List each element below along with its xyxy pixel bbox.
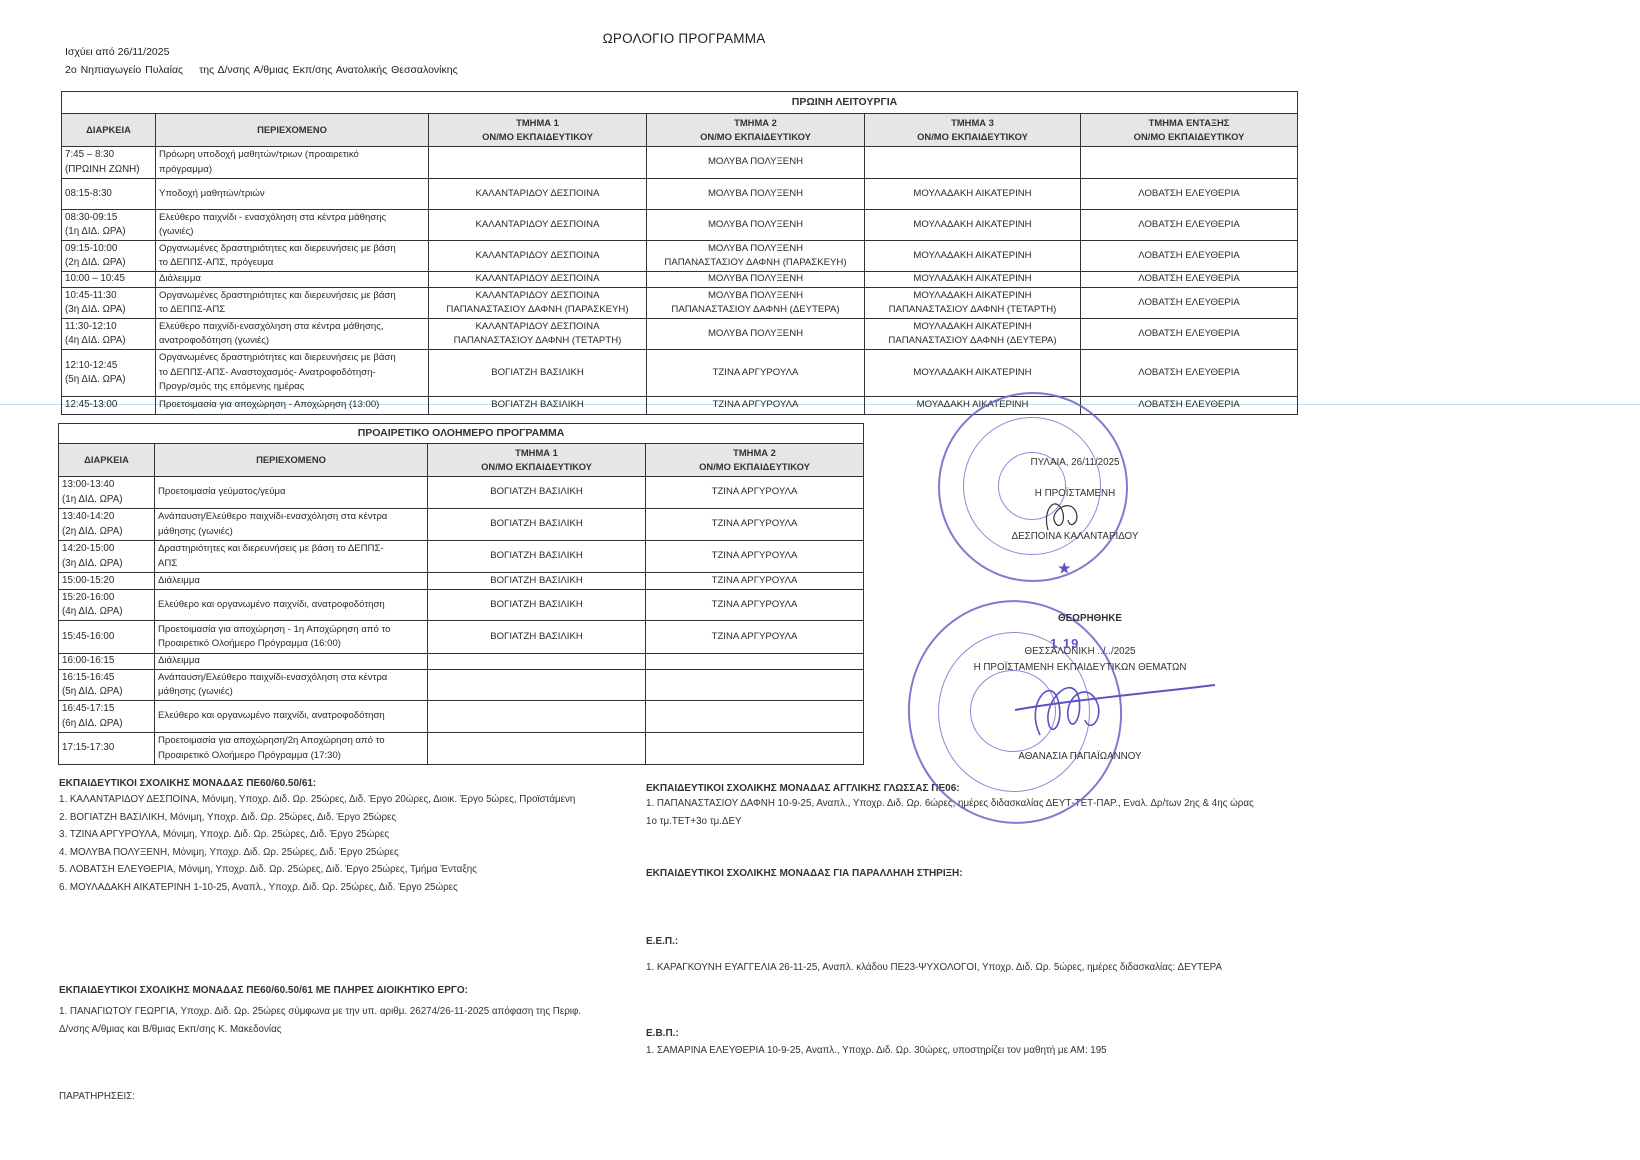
cell-line: ΒΟΓΙΑΤΖΗ ΒΑΣΙΛΙΚΗ (432, 398, 643, 413)
content-cell: Ανάπαυση/Ελεύθερο παιχνίδι-ενασχόληση στ… (155, 670, 428, 701)
content-cell: Ελεύθερο και οργανωμένο παιχνίδι, ανατρο… (155, 590, 428, 621)
cell-line: (1η ΔΙΔ. ΩΡΑ) (65, 225, 152, 240)
teacher-cell: ΤΖΙΝΑ ΑΡΓΥΡΟΥΛΑ (646, 573, 864, 590)
content-cell: Διάλειμμα (155, 573, 428, 590)
teacher-cell: ΤΖΙΝΑ ΑΡΓΥΡΟΥΛΑ (647, 397, 865, 415)
content-cell: Ελεύθερο και οργανωμένο παιχνίδι, ανατρο… (155, 701, 428, 733)
review-signature-icon (1010, 665, 1220, 745)
schedule-row: 7:45 – 8:30(ΠΡΩΙΝΗ ΖΩΝΗ)Πρόωρη υποδοχή μ… (62, 147, 1298, 179)
teacher-cell: ΛΟΒΑΤΣΗ ΕΛΕΥΘΕΡΙΑ (1081, 350, 1298, 397)
cell-line: 14:20-15:00 (62, 542, 151, 557)
cell-line: ΚΑΛΑΝΤΑΡΙΔΟΥ ΔΕΣΠΟΙΝΑ (432, 289, 643, 304)
cell-line: πρόγραμμα) (159, 163, 425, 178)
teacher-cell: ΛΟΒΑΤΣΗ ΕΛΕΥΘΕΡΙΑ (1081, 272, 1298, 288)
cell-line: ΑΠΣ (158, 557, 424, 572)
column-header: ΤΜΗΜΑ 3ΟΝ/ΜΟ ΕΚΠΑΙΔΕΥΤΙΚΟΥ (865, 114, 1081, 147)
time-cell: 16:00-16:15 (59, 654, 155, 670)
teacher-cell: ΚΑΛΑΝΤΑΡΙΔΟΥ ΔΕΣΠΟΙΝΑ (429, 241, 647, 272)
time-cell: 13:40-14:20(2η ΔΙΔ. ΩΡΑ) (59, 509, 155, 541)
parallel-support-title: ΕΚΠΑΙΔΕΥΤΙΚΟΙ ΣΧΟΛΙΚΗΣ ΜΟΝΑΔΑΣ ΓΙΑ ΠΑΡΑΛ… (646, 868, 963, 879)
schedule-row: 11:30-12:10(4η ΔΙΔ. ΩΡΑ)Ελεύθερο παιχνίδ… (62, 319, 1298, 350)
teacher-cell (428, 733, 646, 765)
content-cell: Προετοιμασία για αποχώρηση/2η Αποχώρηση … (155, 733, 428, 765)
cell-line: ΒΟΓΙΑΤΖΗ ΒΑΣΙΛΙΚΗ (432, 366, 643, 381)
schedule-row: 08:30-09:15(1η ΔΙΔ. ΩΡΑ)Ελεύθερο παιχνίδ… (62, 210, 1298, 241)
cell-line: μάθησης (γωνιές) (158, 525, 424, 540)
teacher-cell: ΒΟΓΙΑΤΖΗ ΒΑΣΙΛΙΚΗ (428, 573, 646, 590)
cell-line: ΠΑΠΑΝΑΣΤΑΣΙΟΥ ΔΑΦΝΗ (ΠΑΡΑΣΚΕΥΗ) (432, 303, 643, 318)
cell-line: 17:15-17:30 (62, 741, 151, 756)
list-item: 4. ΜΟΛΥΒΑ ΠΟΛΥΞΕΝΗ, Μόνιμη, Υποχρ. Διδ. … (59, 844, 659, 862)
schedule-row: 12:45-13:00Προετοιμασία για αποχώρηση - … (62, 397, 1298, 415)
cell-line: (4η ΔΙΔ. ΩΡΑ) (65, 334, 152, 349)
stamp-star-icon: ★ (1058, 560, 1072, 577)
list-item: Δ/νσης Α/θμιας και Β/θμιας Εκπ/σης Κ. Μα… (59, 1021, 659, 1039)
handwritten-date: 1 19 (1050, 636, 1079, 651)
schedule-row: 16:15-16:45(5η ΔΙΔ. ΩΡΑ)Ανάπαυση/Ελεύθερ… (59, 670, 864, 701)
column-header: ΤΜΗΜΑ 1ΟΝ/ΜΟ ΕΚΠΑΙΔΕΥΤΙΚΟΥ (428, 444, 646, 477)
ebp-section: Ε.Β.Π.: 1. ΣΑΜΑΡΙΝΑ ΕΛΕΥΘΕΡΙΑ 10-9-25, Α… (646, 1028, 1306, 1060)
cell-line: ΒΟΓΙΑΤΖΗ ΒΑΣΙΛΙΚΗ (431, 517, 642, 532)
cell-line: 12:10-12:45 (65, 359, 152, 374)
cell-line: μάθησης (γωνιές) (158, 685, 424, 700)
cell-line: ΛΟΒΑΤΣΗ ΕΛΕΥΘΕΡΙΑ (1084, 398, 1294, 413)
column-header: ΠΕΡΙΕΧΟΜΕΝΟ (155, 444, 428, 477)
allday-section-title: ΠΡΟΑΙΡΕΤΙΚΟ ΟΛΟΗΜΕΡΟ ΠΡΟΓΡΑΜΜΑ (59, 424, 864, 444)
cell-line: ΛΟΒΑΤΣΗ ΕΛΕΥΘΕΡΙΑ (1084, 296, 1294, 311)
cell-line: (2η ΔΙΔ. ΩΡΑ) (65, 256, 152, 271)
cell-line: ΜΟΛΥΒΑ ΠΟΛΥΞΕΝΗ (650, 218, 861, 233)
cell-line: ΠΑΠΑΝΑΣΤΑΣΙΟΥ ΔΑΦΝΗ (ΔΕΥΤΕΡΑ) (650, 303, 861, 318)
content-cell: Δραστηριότητες και διερευνήσεις με βάση … (155, 541, 428, 573)
teacher-cell (646, 654, 864, 670)
cell-line: 10:00 – 10:45 (65, 272, 152, 287)
schedule-row: 14:20-15:00(3η ΔΙΔ. ΩΡΑ)Δραστηριότητες κ… (59, 541, 864, 573)
review-label: ΘΕΩΡΗΘΗΚΕ (1000, 613, 1180, 624)
cell-line: ΜΟΥΛΑΔΑΚΗ ΑΙΚΑΤΕΡΙΝΗ (868, 289, 1077, 304)
cell-line: 16:00-16:15 (62, 654, 151, 669)
cell-line: 16:15-16:45 (62, 671, 151, 686)
cell-line: 12:45-13:00 (65, 398, 152, 413)
content-cell: Ανάπαυση/Ελεύθερο παιχνίδι-ενασχόληση στ… (155, 509, 428, 541)
teacher-cell (865, 147, 1081, 179)
cell-line: 10:45-11:30 (65, 289, 152, 304)
morning-header-row: ΔΙΑΡΚΕΙΑΠΕΡΙΕΧΟΜΕΝΟΤΜΗΜΑ 1ΟΝ/ΜΟ ΕΚΠΑΙΔΕΥ… (62, 114, 1298, 147)
time-cell: 14:20-15:00(3η ΔΙΔ. ΩΡΑ) (59, 541, 155, 573)
teacher-cell: ΜΟΛΥΒΑ ΠΟΛΥΞΕΝΗ (647, 147, 865, 179)
list-item: 6. ΜΟΥΛΑΔΑΚΗ ΑΙΚΑΤΕΡΙΝΗ 1-10-25, Αναπλ.,… (59, 879, 659, 897)
list-item: 1. ΠΑΝΑΓΙΩΤΟΥ ΓΕΩΡΓΙΑ, Υποχρ. Διδ. Ωρ. 2… (59, 1003, 659, 1021)
cell-line: ΠΑΠΑΝΑΣΤΑΣΙΟΥ ΔΑΦΝΗ (ΤΕΤΑΡΤΗ) (868, 303, 1077, 318)
cell-line: ΤΖΙΝΑ ΑΡΓΥΡΟΥΛΑ (649, 598, 860, 613)
list-item: 1. ΣΑΜΑΡΙΝΑ ΕΛΕΥΘΕΡΙΑ 10-9-25, Αναπλ., Υ… (646, 1042, 1306, 1060)
time-cell: 11:30-12:10(4η ΔΙΔ. ΩΡΑ) (62, 319, 156, 350)
teacher-cell (428, 701, 646, 733)
column-header: ΤΜΗΜΑ 2ΟΝ/ΜΟ ΕΚΠΑΙΔΕΥΤΙΚΟΥ (647, 114, 865, 147)
cell-line: ΒΟΓΙΑΤΖΗ ΒΑΣΙΛΙΚΗ (431, 485, 642, 500)
review-place-date: ΘΕΣΣΑΛΟΝΙΚΗ ../../2025 (990, 646, 1170, 657)
teacher-cell: ΛΟΒΑΤΣΗ ΕΛΕΥΘΕΡΙΑ (1081, 288, 1298, 319)
time-cell: 15:00-15:20 (59, 573, 155, 590)
cell-line: ΛΟΒΑΤΣΗ ΕΛΕΥΘΕΡΙΑ (1084, 327, 1294, 342)
time-cell: 17:15-17:30 (59, 733, 155, 765)
schedule-row: 17:15-17:30Προετοιμασία για αποχώρηση/2η… (59, 733, 864, 765)
schedule-row: 13:40-14:20(2η ΔΙΔ. ΩΡΑ)Ανάπαυση/Ελεύθερ… (59, 509, 864, 541)
teacher-cell: ΛΟΒΑΤΣΗ ΕΛΕΥΘΕΡΙΑ (1081, 319, 1298, 350)
schedule-row: 15:45-16:00Προετοιμασία για αποχώρηση - … (59, 621, 864, 654)
list-item: 1. ΚΑΛΑΝΤΑΡΙΔΟΥ ΔΕΣΠΟΙΝΑ, Μόνιμη, Υποχρ.… (59, 791, 659, 809)
teacher-cell: ΛΟΒΑΤΣΗ ΕΛΕΥΘΕΡΙΑ (1081, 241, 1298, 272)
teacher-cell: ΜΟΥΛΑΔΑΚΗ ΑΙΚΑΤΕΡΙΝΗ (865, 272, 1081, 288)
cell-line: ΜΟΥΛΑΔΑΚΗ ΑΙΚΑΤΕΡΙΝΗ (868, 366, 1077, 381)
cell-line: (1η ΔΙΔ. ΩΡΑ) (62, 493, 151, 508)
cell-line: ΤΖΙΝΑ ΑΡΓΥΡΟΥΛΑ (649, 485, 860, 500)
eep-title: Ε.Ε.Π.: (646, 936, 1306, 947)
cell-line: Ελεύθερο και οργανωμένο παιχνίδι, ανατρο… (158, 598, 424, 613)
teachers-admin-title: ΕΚΠΑΙΔΕΥΤΙΚΟΙ ΣΧΟΛΙΚΗΣ ΜΟΝΑΔΑΣ ΠΕ60/60.5… (59, 985, 659, 996)
time-cell: 15:45-16:00 (59, 621, 155, 654)
content-cell: Διάλειμμα (156, 272, 429, 288)
cell-line: Προετοιμασία για αποχώρηση - 1η Αποχώρησ… (158, 623, 424, 638)
teacher-cell: ΚΑΛΑΝΤΑΡΙΔΟΥ ΔΕΣΠΟΙΝΑ (429, 210, 647, 241)
cell-line: ΜΟΥΛΑΔΑΚΗ ΑΙΚΑΤΕΡΙΝΗ (868, 249, 1077, 264)
column-header: ΤΜΗΜΑ ΕΝΤΑΞΗΣΟΝ/ΜΟ ΕΚΠΑΙΔΕΥΤΙΚΟΥ (1081, 114, 1298, 147)
cell-line: Προαιρετικό Ολοήμερο Πρόγραμμα (16:00) (158, 637, 424, 652)
cell-line: ΤΖΙΝΑ ΑΡΓΥΡΟΥΛΑ (649, 549, 860, 564)
time-cell: 16:45-17:15(6η ΔΙΔ. ΩΡΑ) (59, 701, 155, 733)
teacher-cell (428, 654, 646, 670)
school-name: 2ο Νηπιαγωγείο Πυλαίας (65, 64, 183, 76)
content-cell: Προετοιμασία γεύματος/γεύμα (155, 477, 428, 509)
time-cell: 16:15-16:45(5η ΔΙΔ. ΩΡΑ) (59, 670, 155, 701)
cell-line: Προετοιμασία για αποχώρηση/2η Αποχώρηση … (158, 734, 424, 749)
cell-line: ΜΟΛΥΒΑ ΠΟΛΥΞΕΝΗ (650, 327, 861, 342)
teacher-cell (646, 701, 864, 733)
cell-line: ΜΟΥΛΑΔΑΚΗ ΑΙΚΑΤΕΡΙΝΗ (868, 320, 1077, 335)
schedule-row: 15:20-16:00(4η ΔΙΔ. ΩΡΑ)Ελεύθερο και οργ… (59, 590, 864, 621)
content-cell: Οργανωμένες δραστηριότητες και διερευνήσ… (156, 350, 429, 397)
cell-line: το ΔΕΠΠΣ-ΑΠΣ, πρόγευμα (159, 256, 425, 271)
teacher-cell (428, 670, 646, 701)
schedule-row: 15:00-15:20ΔιάλειμμαΒΟΓΙΑΤΖΗ ΒΑΣΙΛΙΚΗΤΖΙ… (59, 573, 864, 590)
cell-line: ΤΖΙΝΑ ΑΡΓΥΡΟΥΛΑ (650, 366, 861, 381)
teacher-cell: ΤΖΙΝΑ ΑΡΓΥΡΟΥΛΑ (647, 350, 865, 397)
cell-line: ΛΟΒΑΤΣΗ ΕΛΕΥΘΕΡΙΑ (1084, 366, 1294, 381)
cell-line: Προγρ/σμός της επόμενης ημέρας (159, 380, 425, 395)
cell-line: ΒΟΓΙΑΤΖΗ ΒΑΣΙΛΙΚΗ (431, 574, 642, 589)
content-cell: Πρόωρη υποδοχή μαθητών/τριων (προαιρετικ… (156, 147, 429, 179)
cell-line: ΚΑΛΑΝΤΑΡΙΔΟΥ ΔΕΣΠΟΙΝΑ (432, 272, 643, 287)
cell-line: ΜΟΥΛΑΔΑΚΗ ΑΙΚΑΤΕΡΙΝΗ (868, 218, 1077, 233)
cell-line: (ΠΡΩΙΝΗ ΖΩΝΗ) (65, 163, 152, 178)
cell-line: 13:00-13:40 (62, 478, 151, 493)
cell-line: ΜΟΛΥΒΑ ΠΟΛΥΞΕΝΗ (650, 272, 861, 287)
cell-line: Διάλειμμα (158, 574, 424, 589)
teacher-cell: ΜΟΥΛΑΔΑΚΗ ΑΙΚΑΤΕΡΙΝΗΠΑΠΑΝΑΣΤΑΣΙΟΥ ΔΑΦΝΗ … (865, 319, 1081, 350)
column-header: ΤΜΗΜΑ 2ΟΝ/ΜΟ ΕΚΠΑΙΔΕΥΤΙΚΟΥ (646, 444, 864, 477)
teacher-cell: ΜΟΥΛΑΔΑΚΗ ΑΙΚΑΤΕΡΙΝΗ (865, 350, 1081, 397)
teacher-cell: ΛΟΒΑΤΣΗ ΕΛΕΥΘΕΡΙΑ (1081, 179, 1298, 210)
schedule-row: 09:15-10:00(2η ΔΙΔ. ΩΡΑ)Οργανωμένες δρασ… (62, 241, 1298, 272)
teacher-cell: ΒΟΓΙΑΤΖΗ ΒΑΣΙΛΙΚΗ (429, 397, 647, 415)
cell-line: ΛΟΒΑΤΣΗ ΕΛΕΥΘΕΡΙΑ (1084, 218, 1294, 233)
cell-line: ΤΖΙΝΑ ΑΡΓΥΡΟΥΛΑ (649, 630, 860, 645)
cell-line: ΠΑΠΑΝΑΣΤΑΣΙΟΥ ΔΑΦΝΗ (ΤΕΤΑΡΤΗ) (432, 334, 643, 349)
cell-line: Υποδοχή μαθητών/τριών (159, 187, 425, 202)
schedule-row: 08:15-8:30Υποδοχή μαθητών/τριώνΚΑΛΑΝΤΑΡΙ… (62, 179, 1298, 210)
teacher-cell: ΒΟΓΙΑΤΖΗ ΒΑΣΙΛΙΚΗ (428, 477, 646, 509)
head-signature-icon (1040, 490, 1090, 535)
cell-line: 08:15-8:30 (65, 187, 152, 202)
teacher-cell: ΜΟΛΥΒΑ ΠΟΛΥΞΕΝΗ (647, 319, 865, 350)
schedule-row: 12:10-12:45(5η ΔΙΔ. ΩΡΑ)Οργανωμένες δρασ… (62, 350, 1298, 397)
teacher-cell: ΒΟΓΙΑΤΖΗ ΒΑΣΙΛΙΚΗ (428, 590, 646, 621)
time-cell: 10:45-11:30(3η ΔΙΔ. ΩΡΑ) (62, 288, 156, 319)
teacher-cell: ΚΑΛΑΝΤΑΡΙΔΟΥ ΔΕΣΠΟΙΝΑΠΑΠΑΝΑΣΤΑΣΙΟΥ ΔΑΦΝΗ… (429, 288, 647, 319)
schedule-row: 10:45-11:30(3η ΔΙΔ. ΩΡΑ)Οργανωμένες δρασ… (62, 288, 1298, 319)
teachers-pe60-title: ΕΚΠΑΙΔΕΥΤΙΚΟΙ ΣΧΟΛΙΚΗΣ ΜΟΝΑΔΑΣ ΠΕ60/60.5… (59, 778, 659, 789)
cell-line: 15:20-16:00 (62, 591, 151, 606)
teacher-cell: ΤΖΙΝΑ ΑΡΓΥΡΟΥΛΑ (646, 590, 864, 621)
cell-line: ΠΑΠΑΝΑΣΤΑΣΙΟΥ ΔΑΦΝΗ (ΔΕΥΤΕΡΑ) (868, 334, 1077, 349)
column-header: ΔΙΑΡΚΕΙΑ (62, 114, 156, 147)
cell-line: (γωνιές) (159, 225, 425, 240)
cell-line: ΜΟΥΛΑΔΑΚΗ ΑΙΚΑΤΕΡΙΝΗ (868, 272, 1077, 287)
cell-line: (3η ΔΙΔ. ΩΡΑ) (65, 303, 152, 318)
cell-line: Ελεύθερο παιχνίδι-ενασχόληση στα κέντρα … (159, 320, 425, 335)
cell-line: (5η ΔΙΔ. ΩΡΑ) (65, 373, 152, 388)
time-cell: 08:30-09:15(1η ΔΙΔ. ΩΡΑ) (62, 210, 156, 241)
time-cell: 09:15-10:00(2η ΔΙΔ. ΩΡΑ) (62, 241, 156, 272)
content-cell: Οργανωμένες δραστηριότητες και διερευνήσ… (156, 241, 429, 272)
ebp-title: Ε.Β.Π.: (646, 1028, 1306, 1039)
cell-line: Πρόωρη υποδοχή μαθητών/τριων (προαιρετικ… (159, 148, 425, 163)
teacher-cell: ΤΖΙΝΑ ΑΡΓΥΡΟΥΛΑ (646, 477, 864, 509)
time-cell: 15:20-16:00(4η ΔΙΔ. ΩΡΑ) (59, 590, 155, 621)
allday-schedule-table: ΠΡΟΑΙΡΕΤΙΚΟ ΟΛΟΗΜΕΡΟ ΠΡΟΓΡΑΜΜΑ ΔΙΑΡΚΕΙΑΠ… (58, 423, 864, 765)
head-place-date: ΠΥΛΑΙΑ, 26/11/2025 (1000, 457, 1150, 468)
content-cell: Προετοιμασία για αποχώρηση - Αποχώρηση (… (156, 397, 429, 415)
schedule-row: 16:45-17:15(6η ΔΙΔ. ΩΡΑ)Ελεύθερο και οργ… (59, 701, 864, 733)
list-item: 5. ΛΟΒΑΤΣΗ ΕΛΕΥΘΕΡΙΑ, Μόνιμη, Υποχρ. Διδ… (59, 861, 659, 879)
review-name: ΑΘΑΝΑΣΙΑ ΠΑΠΑΪΩΑΝΝΟΥ (990, 751, 1170, 762)
content-cell: Οργανωμένες δραστηριότητες και διερευνήσ… (156, 288, 429, 319)
list-item: 1. ΚΑΡΑΓΚΟΥΝΗ ΕΥΑΓΓΕΛΙΑ 26-11-25, Αναπλ.… (646, 959, 1306, 977)
cell-line: 15:00-15:20 (62, 574, 151, 589)
remarks-label: ΠΑΡΑΤΗΡΗΣΕΙΣ: (59, 1088, 135, 1106)
valid-from: Ισχύει από 26/11/2025 (65, 46, 169, 58)
content-cell: Ελεύθερο παιχνίδι - ενασχόληση στα κέντρ… (156, 210, 429, 241)
teacher-cell: ΜΟΛΥΒΑ ΠΟΛΥΞΕΝΗΠΑΠΑΝΑΣΤΑΣΙΟΥ ΔΑΦΝΗ (ΔΕΥΤ… (647, 288, 865, 319)
cell-line: (4η ΔΙΔ. ΩΡΑ) (62, 605, 151, 620)
cell-line: 15:45-16:00 (62, 630, 151, 645)
teacher-cell: ΜΟΛΥΒΑ ΠΟΛΥΞΕΝΗ (647, 210, 865, 241)
content-cell: Ελεύθερο παιχνίδι-ενασχόληση στα κέντρα … (156, 319, 429, 350)
directorate: της Δ/νσης Α/θμιας Εκπ/σης Ανατολικής Θε… (199, 64, 458, 76)
teachers-admin-section: ΕΚΠΑΙΔΕΥΤΙΚΟΙ ΣΧΟΛΙΚΗΣ ΜΟΝΑΔΑΣ ΠΕ60/60.5… (59, 985, 659, 1038)
cell-line: Προαιρετικό Ολοήμερο Πρόγραμμα (17:30) (158, 749, 424, 764)
teacher-cell: ΤΖΙΝΑ ΑΡΓΥΡΟΥΛΑ (646, 509, 864, 541)
cell-line: ΚΑΛΑΝΤΑΡΙΔΟΥ ΔΕΣΠΟΙΝΑ (432, 320, 643, 335)
cell-line: Οργανωμένες δραστηριότητες και διερευνήσ… (159, 289, 425, 304)
content-cell: Υποδοχή μαθητών/τριών (156, 179, 429, 210)
cell-line: ΛΟΒΑΤΣΗ ΕΛΕΥΘΕΡΙΑ (1084, 272, 1294, 287)
cell-line: Οργανωμένες δραστηριότητες και διερευνήσ… (159, 242, 425, 257)
cell-line: ΜΟΥΛΑΔΑΚΗ ΑΙΚΑΤΕΡΙΝΗ (868, 187, 1077, 202)
cell-line: ΚΑΛΑΝΤΑΡΙΔΟΥ ΔΕΣΠΟΙΝΑ (432, 187, 643, 202)
cell-line: Προετοιμασία γεύματος/γεύμα (158, 485, 424, 500)
cell-line: ΤΖΙΝΑ ΑΡΓΥΡΟΥΛΑ (649, 517, 860, 532)
cell-line: ΠΑΠΑΝΑΣΤΑΣΙΟΥ ΔΑΦΝΗ (ΠΑΡΑΣΚΕΥΗ) (650, 256, 861, 271)
cell-line: ΚΑΛΑΝΤΑΡΙΔΟΥ ΔΕΣΠΟΙΝΑ (432, 249, 643, 264)
cell-line: 13:40-14:20 (62, 510, 151, 525)
teacher-cell: ΜΟΛΥΒΑ ΠΟΛΥΞΕΝΗ (647, 179, 865, 210)
column-header: ΤΜΗΜΑ 1ΟΝ/ΜΟ ΕΚΠΑΙΔΕΥΤΙΚΟΥ (429, 114, 647, 147)
teacher-cell (1081, 147, 1298, 179)
teacher-cell (429, 147, 647, 179)
cell-line: ΛΟΒΑΤΣΗ ΕΛΕΥΘΕΡΙΑ (1084, 187, 1294, 202)
column-header: ΔΙΑΡΚΕΙΑ (59, 444, 155, 477)
cell-line: Διάλειμμα (158, 654, 424, 669)
teacher-cell: ΒΟΓΙΑΤΖΗ ΒΑΣΙΛΙΚΗ (428, 621, 646, 654)
teacher-cell: ΤΖΙΝΑ ΑΡΓΥΡΟΥΛΑ (646, 621, 864, 654)
teacher-cell: ΤΖΙΝΑ ΑΡΓΥΡΟΥΛΑ (646, 541, 864, 573)
time-cell: 13:00-13:40(1η ΔΙΔ. ΩΡΑ) (59, 477, 155, 509)
teacher-cell (646, 733, 864, 765)
teacher-cell: ΜΟΥΛΑΔΑΚΗ ΑΙΚΑΤΕΡΙΝΗ (865, 179, 1081, 210)
cell-line: 09:15-10:00 (65, 242, 152, 257)
cell-line: ΜΟΛΥΒΑ ΠΟΛΥΞΕΝΗ (650, 289, 861, 304)
cell-line: Προετοιμασία για αποχώρηση - Αποχώρηση (… (159, 398, 425, 413)
schedule-row: 13:00-13:40(1η ΔΙΔ. ΩΡΑ)Προετοιμασία γεύ… (59, 477, 864, 509)
time-cell: 12:45-13:00 (62, 397, 156, 415)
morning-section-title: ΠΡΩΙΝΗ ΛΕΙΤΟΥΡΓΙΑ (62, 92, 1298, 114)
cell-line: ΤΖΙΝΑ ΑΡΓΥΡΟΥΛΑ (650, 398, 861, 413)
eep-section: Ε.Ε.Π.: 1. ΚΑΡΑΓΚΟΥΝΗ ΕΥΑΓΓΕΛΙΑ 26-11-25… (646, 936, 1306, 977)
teacher-cell (646, 670, 864, 701)
teachers-pe60-section: ΕΚΠΑΙΔΕΥΤΙΚΟΙ ΣΧΟΛΙΚΗΣ ΜΟΝΑΔΑΣ ΠΕ60/60.5… (59, 778, 659, 896)
cell-line: Διάλειμμα (159, 272, 425, 287)
cell-line: (5η ΔΙΔ. ΩΡΑ) (62, 685, 151, 700)
cell-line: (6η ΔΙΔ. ΩΡΑ) (62, 717, 151, 732)
cell-line: Ανάπαυση/Ελεύθερο παιχνίδι-ενασχόληση στ… (158, 671, 424, 686)
teacher-cell: ΜΟΥΛΑΔΑΚΗ ΑΙΚΑΤΕΡΙΝΗΠΑΠΑΝΑΣΤΑΣΙΟΥ ΔΑΦΝΗ … (865, 288, 1081, 319)
time-cell: 10:00 – 10:45 (62, 272, 156, 288)
cell-line: ανατροφοδότηση (γωνιές) (159, 334, 425, 349)
teacher-cell: ΚΑΛΑΝΤΑΡΙΔΟΥ ΔΕΣΠΟΙΝΑ (429, 272, 647, 288)
schedule-row: 16:00-16:15Διάλειμμα (59, 654, 864, 670)
cell-line: ΒΟΓΙΑΤΖΗ ΒΑΣΙΛΙΚΗ (431, 549, 642, 564)
cell-line: (2η ΔΙΔ. ΩΡΑ) (62, 525, 151, 540)
school-line: 2ο Νηπιαγωγείο Πυλαίαςτης Δ/νσης Α/θμιας… (65, 64, 458, 76)
teacher-cell: ΛΟΒΑΤΣΗ ΕΛΕΥΘΕΡΙΑ (1081, 397, 1298, 415)
content-cell: Διάλειμμα (155, 654, 428, 670)
content-cell: Προετοιμασία για αποχώρηση - 1η Αποχώρησ… (155, 621, 428, 654)
cell-line: ΚΑΛΑΝΤΑΡΙΔΟΥ ΔΕΣΠΟΙΝΑ (432, 218, 643, 233)
cell-line: 7:45 – 8:30 (65, 148, 152, 163)
cell-line: ΜΟΛΥΒΑ ΠΟΛΥΞΕΝΗ (650, 155, 861, 170)
list-item: 3. ΤΖΙΝΑ ΑΡΓΥΡΟΥΛΑ, Μόνιμη, Υποχρ. Διδ. … (59, 826, 659, 844)
cell-line: ΜΟΛΥΒΑ ΠΟΛΥΞΕΝΗ (650, 187, 861, 202)
teacher-cell: ΚΑΛΑΝΤΑΡΙΔΟΥ ΔΕΣΠΟΙΝΑ (429, 179, 647, 210)
cell-line: Ελεύθερο και οργανωμένο παιχνίδι, ανατρο… (158, 709, 424, 724)
column-header: ΠΕΡΙΕΧΟΜΕΝΟ (156, 114, 429, 147)
time-cell: 08:15-8:30 (62, 179, 156, 210)
time-cell: 12:10-12:45(5η ΔΙΔ. ΩΡΑ) (62, 350, 156, 397)
teacher-cell: ΒΟΓΙΑΤΖΗ ΒΑΣΙΛΙΚΗ (428, 509, 646, 541)
allday-header-row: ΔΙΑΡΚΕΙΑΠΕΡΙΕΧΟΜΕΝΟΤΜΗΜΑ 1ΟΝ/ΜΟ ΕΚΠΑΙΔΕΥ… (59, 444, 864, 477)
time-cell: 7:45 – 8:30(ΠΡΩΙΝΗ ΖΩΝΗ) (62, 147, 156, 179)
cell-line: ΛΟΒΑΤΣΗ ΕΛΕΥΘΕΡΙΑ (1084, 249, 1294, 264)
cell-line: 08:30-09:15 (65, 211, 152, 226)
cell-line: ΒΟΓΙΑΤΖΗ ΒΑΣΙΛΙΚΗ (431, 630, 642, 645)
cell-line: ΒΟΓΙΑΤΖΗ ΒΑΣΙΛΙΚΗ (431, 598, 642, 613)
teacher-cell: ΚΑΛΑΝΤΑΡΙΔΟΥ ΔΕΣΠΟΙΝΑΠΑΠΑΝΑΣΤΑΣΙΟΥ ΔΑΦΝΗ… (429, 319, 647, 350)
cell-line: Οργανωμένες δραστηριότητες και διερευνήσ… (159, 351, 425, 366)
teacher-cell: ΜΟΥΛΑΔΑΚΗ ΑΙΚΑΤΕΡΙΝΗ (865, 241, 1081, 272)
teacher-cell: ΜΟΛΥΒΑ ΠΟΛΥΞΕΝΗ (647, 272, 865, 288)
teacher-cell: ΛΟΒΑΤΣΗ ΕΛΕΥΘΕΡΙΑ (1081, 210, 1298, 241)
teacher-cell: ΜΟΛΥΒΑ ΠΟΛΥΞΕΝΗΠΑΠΑΝΑΣΤΑΣΙΟΥ ΔΑΦΝΗ (ΠΑΡΑ… (647, 241, 865, 272)
teacher-cell: ΜΟΥΛΑΔΑΚΗ ΑΙΚΑΤΕΡΙΝΗ (865, 210, 1081, 241)
cell-line: Ελεύθερο παιχνίδι - ενασχόληση στα κέντρ… (159, 211, 425, 226)
cell-line: το ΔΕΠΠΣ-ΑΠΣ (159, 303, 425, 318)
cell-line: ΜΟΛΥΒΑ ΠΟΛΥΞΕΝΗ (650, 242, 861, 257)
document-title: ΩΡΟΛΟΓΙΟ ΠΡΟΓΡΑΜΜΑ (0, 31, 1368, 46)
cell-line: ΤΖΙΝΑ ΑΡΓΥΡΟΥΛΑ (649, 574, 860, 589)
cell-line: το ΔΕΠΠΣ-ΑΠΣ- Αναστοχασμός- Ανατροφοδότη… (159, 366, 425, 381)
list-item: 2. ΒΟΓΙΑΤΖΗ ΒΑΣΙΛΙΚΗ, Μόνιμη, Υποχρ. Διδ… (59, 809, 659, 827)
cell-line: (3η ΔΙΔ. ΩΡΑ) (62, 557, 151, 572)
morning-schedule-table: ΠΡΩΙΝΗ ΛΕΙΤΟΥΡΓΙΑ ΔΙΑΡΚΕΙΑΠΕΡΙΕΧΟΜΕΝΟΤΜΗ… (61, 91, 1298, 415)
schedule-row: 10:00 – 10:45ΔιάλειμμαΚΑΛΑΝΤΑΡΙΔΟΥ ΔΕΣΠΟ… (62, 272, 1298, 288)
cell-line: 16:45-17:15 (62, 702, 151, 717)
cell-line: 11:30-12:10 (65, 320, 152, 335)
cell-line: Δραστηριότητες και διερευνήσεις με βάση … (158, 542, 424, 557)
teacher-cell: ΒΟΓΙΑΤΖΗ ΒΑΣΙΛΙΚΗ (429, 350, 647, 397)
cell-line: Ανάπαυση/Ελεύθερο παιχνίδι-ενασχόληση στ… (158, 510, 424, 525)
teacher-cell: ΒΟΓΙΑΤΖΗ ΒΑΣΙΛΙΚΗ (428, 541, 646, 573)
